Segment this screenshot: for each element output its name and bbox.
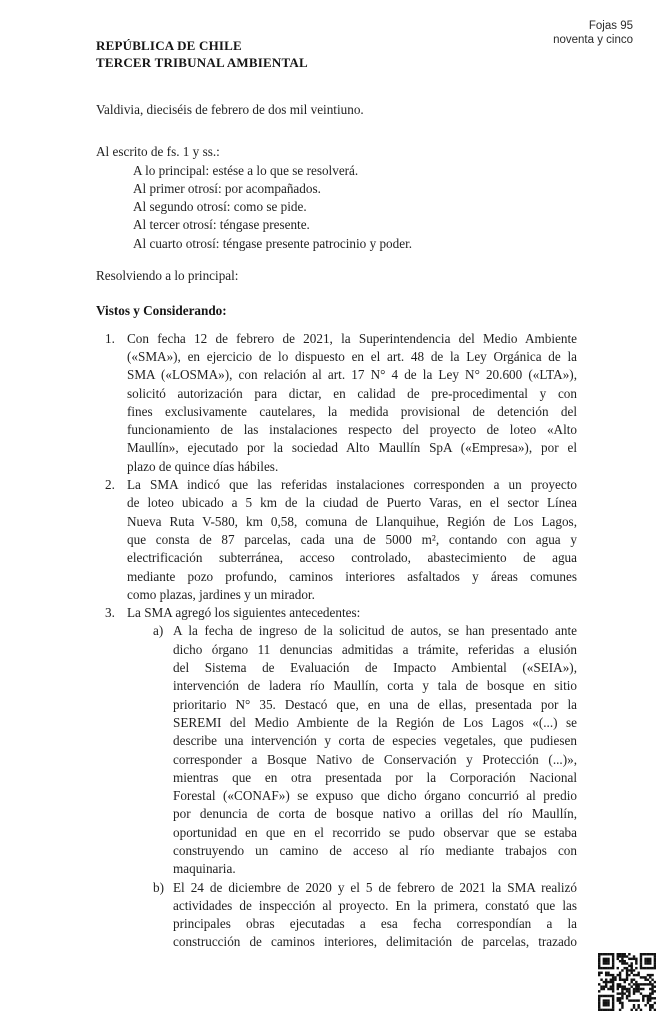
text-line: funcionamiento de las instalaciones resp… [127, 421, 577, 439]
text-line: oportunidad en que en el recorrido se pu… [173, 824, 577, 842]
text-line: describe una intervención y corta de esp… [173, 732, 577, 750]
document-page: Fojas 95 noventa y cinco REPÚBLICA DE CH… [0, 0, 670, 1024]
text-line: corresponder a Bosque Nativo de Conserva… [173, 751, 577, 769]
text-line: prioritario N° 35. Destacó que, en una d… [173, 696, 577, 714]
item-body: La SMA indicó que las referidas instalac… [127, 476, 577, 604]
sub-item-letter: a) [153, 622, 173, 878]
text-line: SEREMI del Medio Ambiente de la Región d… [173, 714, 577, 732]
text-line: por denuncia de corta de bosque nativo a… [173, 805, 577, 823]
court-header-country: REPÚBLICA DE CHILE [96, 37, 308, 54]
text-line: principales obras ejecutadas a esa fecha… [173, 915, 577, 933]
text-line: El 24 de diciembre de 2020 y el 5 de feb… [173, 879, 577, 897]
vistos-heading: Vistos y Considerando: [96, 302, 577, 320]
qr-code [598, 953, 656, 1011]
text-line: construyendo un camino de acceso al río … [173, 842, 577, 860]
text-line: mientras que en otra presentada por la C… [173, 769, 577, 787]
item-body: La SMA agregó los siguientes antecedente… [127, 604, 577, 622]
fojas-words: noventa y cinco [553, 34, 633, 48]
text-line: de loteo ubicado a 5 km de la ciudad de … [127, 494, 577, 512]
court-header-tribunal: TERCER TRIBUNAL AMBIENTAL [96, 54, 308, 71]
text-line: como plazas, jardines y un mirador. [127, 586, 577, 604]
sub-item-body: El 24 de diciembre de 2020 y el 5 de feb… [173, 879, 577, 952]
text-line: del Sistema de Evaluación de Impacto Amb… [173, 659, 577, 677]
text-line: La SMA indicó que las referidas instalac… [127, 476, 577, 494]
text-line: solicitó autorización para dictar, en ca… [127, 385, 577, 403]
text-line: actividades de inspección al proyecto. E… [173, 897, 577, 915]
escrito-items: A lo principal: estése a lo que se resol… [96, 162, 577, 253]
text-line: electrificación subterránea, acceso cont… [127, 549, 577, 567]
text-line: La SMA agregó los siguientes antecedente… [127, 604, 577, 622]
lettered-sub-item: b)El 24 de diciembre de 2020 y el 5 de f… [153, 879, 577, 952]
text-line: dicho órgano 11 denuncias admitidas a tr… [173, 641, 577, 659]
numbered-item: 3.La SMA agregó los siguientes anteceden… [96, 604, 577, 622]
court-header: REPÚBLICA DE CHILE TERCER TRIBUNAL AMBIE… [96, 37, 308, 71]
item-number: 2. [96, 476, 127, 604]
text-line: Forestal («CONAF») se expuso que dicho ó… [173, 787, 577, 805]
text-line: maquinaria. [173, 860, 577, 878]
text-line: Con fecha 12 de febrero de 2021, la Supe… [127, 330, 577, 348]
fojas-number: Fojas 95 [553, 20, 633, 34]
escrito-header: Al escrito de fs. 1 y ss.: [96, 143, 577, 161]
text-line: intervención de ladera río Maullín, cort… [173, 677, 577, 695]
item-number: 1. [96, 330, 127, 476]
text-line: fines exclusivamente cautelares, la medi… [127, 403, 577, 421]
lettered-sub-item: a)A la fecha de ingreso de la solicitud … [153, 622, 577, 878]
escrito-item: Al tercer otrosí: téngase presente. [133, 216, 577, 234]
escrito-block: Al escrito de fs. 1 y ss.: A lo principa… [96, 143, 577, 253]
escrito-item: A lo principal: estése a lo que se resol… [133, 162, 577, 180]
numbered-list: 1.Con fecha 12 de febrero de 2021, la Su… [96, 330, 577, 952]
numbered-item: 1.Con fecha 12 de febrero de 2021, la Su… [96, 330, 577, 476]
escrito-item: Al primer otrosí: por acompañados. [133, 180, 577, 198]
text-line: Maullín», ejecutado por la sociedad Alto… [127, 439, 577, 457]
text-line: que consta de 87 parcelas, cada una de 5… [127, 531, 577, 549]
text-line: A la fecha de ingreso de la solicitud de… [173, 622, 577, 640]
item-number: 3. [96, 604, 127, 622]
item-body: Con fecha 12 de febrero de 2021, la Supe… [127, 330, 577, 476]
text-line: SMA («LOSMA»), con relación al art. 17 N… [127, 366, 577, 384]
text-line: plazo de quince días hábiles. [127, 458, 577, 476]
resolviendo-line: Resolviendo a lo principal: [96, 267, 577, 285]
document-body: Valdivia, dieciséis de febrero de dos mi… [96, 101, 577, 952]
text-line: mediante pozo profundo, caminos interior… [127, 568, 577, 586]
escrito-item: Al cuarto otrosí: téngase presente patro… [133, 235, 577, 253]
sub-item-body: A la fecha de ingreso de la solicitud de… [173, 622, 577, 878]
fojas-stamp: Fojas 95 noventa y cinco [553, 20, 633, 47]
date-line: Valdivia, dieciséis de febrero de dos mi… [96, 101, 577, 119]
text-line: («SMA»), en ejercicio de lo dispuesto en… [127, 348, 577, 366]
numbered-item: 2.La SMA indicó que las referidas instal… [96, 476, 577, 604]
text-line: Nueva Ruta V-580, km 0,58, comuna de Lla… [127, 513, 577, 531]
text-line: construcción de caminos interiores, deli… [173, 933, 577, 951]
escrito-item: Al segundo otrosí: como se pide. [133, 198, 577, 216]
sub-item-letter: b) [153, 879, 173, 952]
